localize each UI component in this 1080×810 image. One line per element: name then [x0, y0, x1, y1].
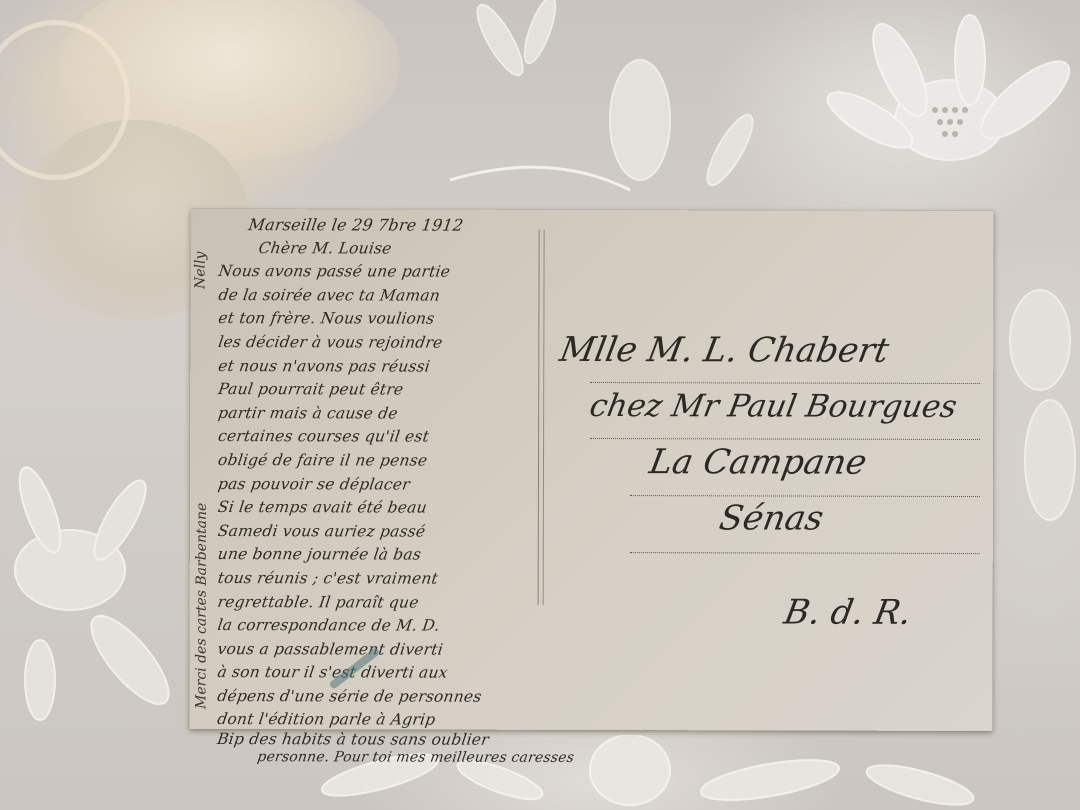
message-line: Si le temps avait été beau [216, 496, 579, 521]
address-dotted-line [590, 438, 980, 440]
message-line: tous réunis ; c'est vraiment [216, 567, 579, 592]
message-line: dépens d'une série de personnes [216, 685, 579, 710]
message-line: et nous n'avons pas réussi [217, 355, 580, 380]
postcard: Nelly Merci des cartes Barbentane Marsei… [189, 209, 993, 731]
margin-note-top: Nelly [192, 252, 208, 289]
address-department: B. d. R. [781, 593, 915, 633]
message-line: une bonne journée là bas [216, 543, 579, 568]
message-line: de la soirée avec ta Maman [217, 284, 580, 309]
message-line: vous a passablement diverti [216, 638, 579, 663]
address-town: Sénas [716, 498, 826, 538]
address-block: Mlle M. L. Chabert chez Mr Paul Bourgues… [550, 330, 981, 651]
address-recipient: Mlle M. L. Chabert [557, 330, 892, 371]
message-line: obligé de faire il ne pense [216, 449, 579, 474]
message-line: Nous avons passé une partie [217, 260, 580, 285]
message-line: Samedi vous auriez passé [216, 520, 579, 545]
lace-flower-motif-left [0, 420, 190, 750]
message-line: Paul pourrait peut être [217, 378, 580, 403]
message-line: partir mais à cause de [216, 402, 579, 427]
address-care-of: chez Mr Paul Bourgues [587, 388, 960, 425]
address-dotted-line [630, 495, 980, 497]
message-line: regrettable. Il paraît que [216, 591, 579, 616]
handwritten-message: Marseille le 29 7bre 1912 Chère M. Louis… [217, 213, 578, 771]
message-line: la correspondance de M. D. [216, 614, 579, 639]
message-salutation: Chère M. Louise [217, 237, 580, 262]
message-line: personne. Pour toi mes meilleures caress… [216, 746, 579, 771]
address-dotted-line [590, 382, 980, 384]
lace-flower-motif-right [990, 260, 1080, 560]
address-house: La Campane [646, 442, 869, 483]
address-dotted-line [630, 552, 980, 554]
message-dateline: Marseille le 29 7bre 1912 [217, 213, 580, 238]
message-line: et ton frère. Nous voulions [217, 307, 580, 332]
message-line: les décider à vous rejoindre [217, 331, 580, 356]
lace-flower-motif [810, 10, 1080, 220]
message-line: certaines courses qu'il est [216, 425, 579, 450]
message-line: Bip des habits à tous sans oublier [216, 732, 578, 747]
message-line: pas pouvoir se déplacer [216, 473, 579, 498]
lace-leaf-motif-top [430, 0, 790, 210]
margin-note-vertical: Merci des cartes Barbentane [193, 503, 210, 709]
message-line: à son tour il s'est diverti aux [216, 661, 579, 686]
